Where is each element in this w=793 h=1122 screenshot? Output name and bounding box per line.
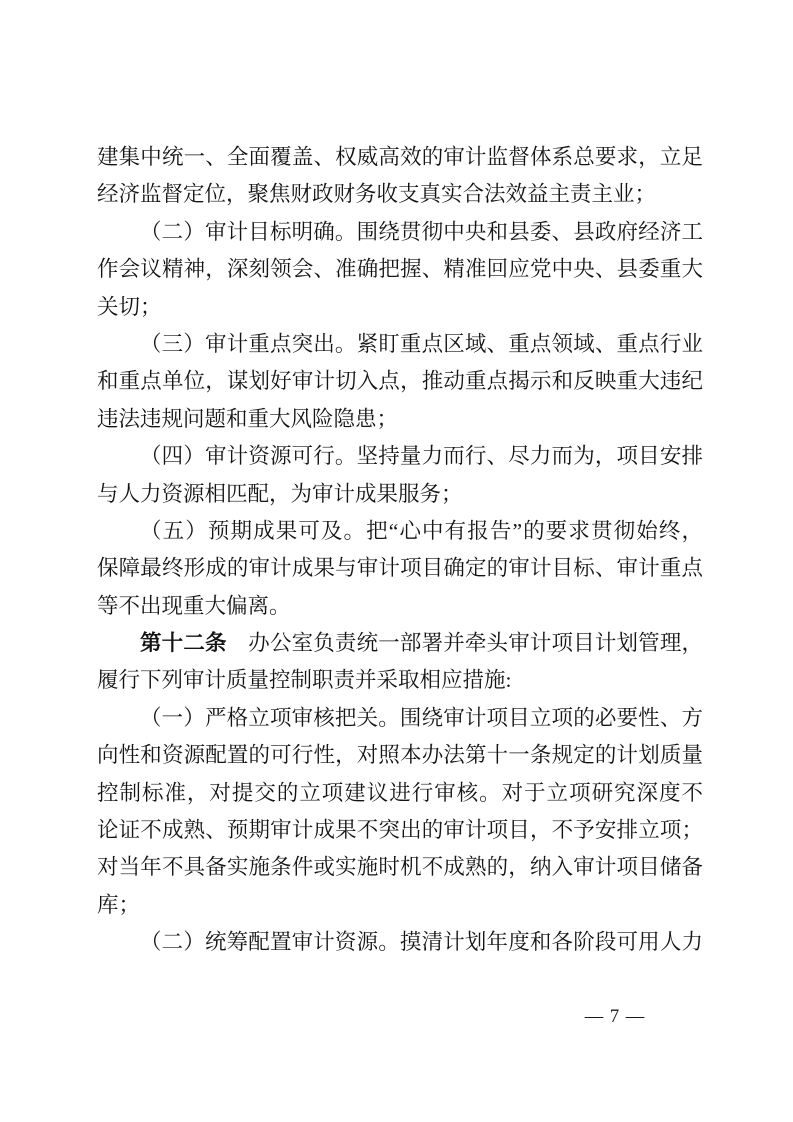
text-line: 保障最终形成的审计成果与审计项目确定的审计目标、审计重点 — [97, 550, 703, 587]
text-line: 第十二条 办公室负责统一部署并牵头审计项目计划管理， — [97, 625, 703, 662]
text-line: 对当年不具备实施条件或实施时机不成熟的，纳入审计项目储备 — [97, 849, 703, 886]
text-line: 违法违规问题和重大风险隐患； — [97, 401, 703, 438]
page-number: — 7 — — [560, 1003, 670, 1031]
text-line: （一）严格立项审核把关。围绕审计项目立项的必要性、方 — [97, 700, 703, 737]
text-line: 论证不成熟、预期审计成果不突出的审计项目，不予安排立项； — [97, 812, 703, 849]
text-line: 和重点单位，谋划好审计切入点，推动重点揭示和反映重大违纪 — [97, 363, 703, 400]
text-line: 控制标准，对提交的立项建议进行审核。对于立项研究深度不够、 — [97, 775, 703, 812]
text-line: （四）审计资源可行。坚持量力而行、尽力而为，项目安排 — [97, 438, 703, 475]
text-line: 经济监督定位，聚焦财政财务收支真实合法效益主责主业； — [97, 176, 703, 213]
article-number-bold: 第十二条 — [140, 631, 227, 655]
text-line: 等不出现重大偏离。 — [97, 588, 703, 625]
text-line: （二）统筹配置审计资源。摸清计划年度和各阶段可用人力 — [97, 924, 703, 961]
text-line: 与人力资源相匹配，为审计成果服务； — [97, 476, 703, 513]
text-line: （五）预期成果可及。把“心中有报告”的要求贯彻始终， — [97, 513, 703, 550]
document-page: 建集中统一、全面覆盖、权威高效的审计监督体系总要求，立足经济监督定位，聚焦财政财… — [0, 0, 793, 1122]
text-line: 作会议精神，深刻领会、准确把握、精准回应党中央、县委重大 — [97, 251, 703, 288]
text-line: 关切； — [97, 289, 703, 326]
text-line: （三）审计重点突出。紧盯重点区域、重点领域、重点行业 — [97, 326, 703, 363]
text-line: 建集中统一、全面覆盖、权威高效的审计监督体系总要求，立足 — [97, 139, 703, 176]
text-block: 建集中统一、全面覆盖、权威高效的审计监督体系总要求，立足经济监督定位，聚焦财政财… — [97, 139, 703, 962]
text-line: 库； — [97, 887, 703, 924]
text-line: （二）审计目标明确。围绕贯彻中央和县委、县政府经济工 — [97, 214, 703, 251]
text-line: 履行下列审计质量控制职责并采取相应措施: — [97, 662, 703, 699]
text-line: 向性和资源配置的可行性，对照本办法第十一条规定的计划质量 — [97, 737, 703, 774]
